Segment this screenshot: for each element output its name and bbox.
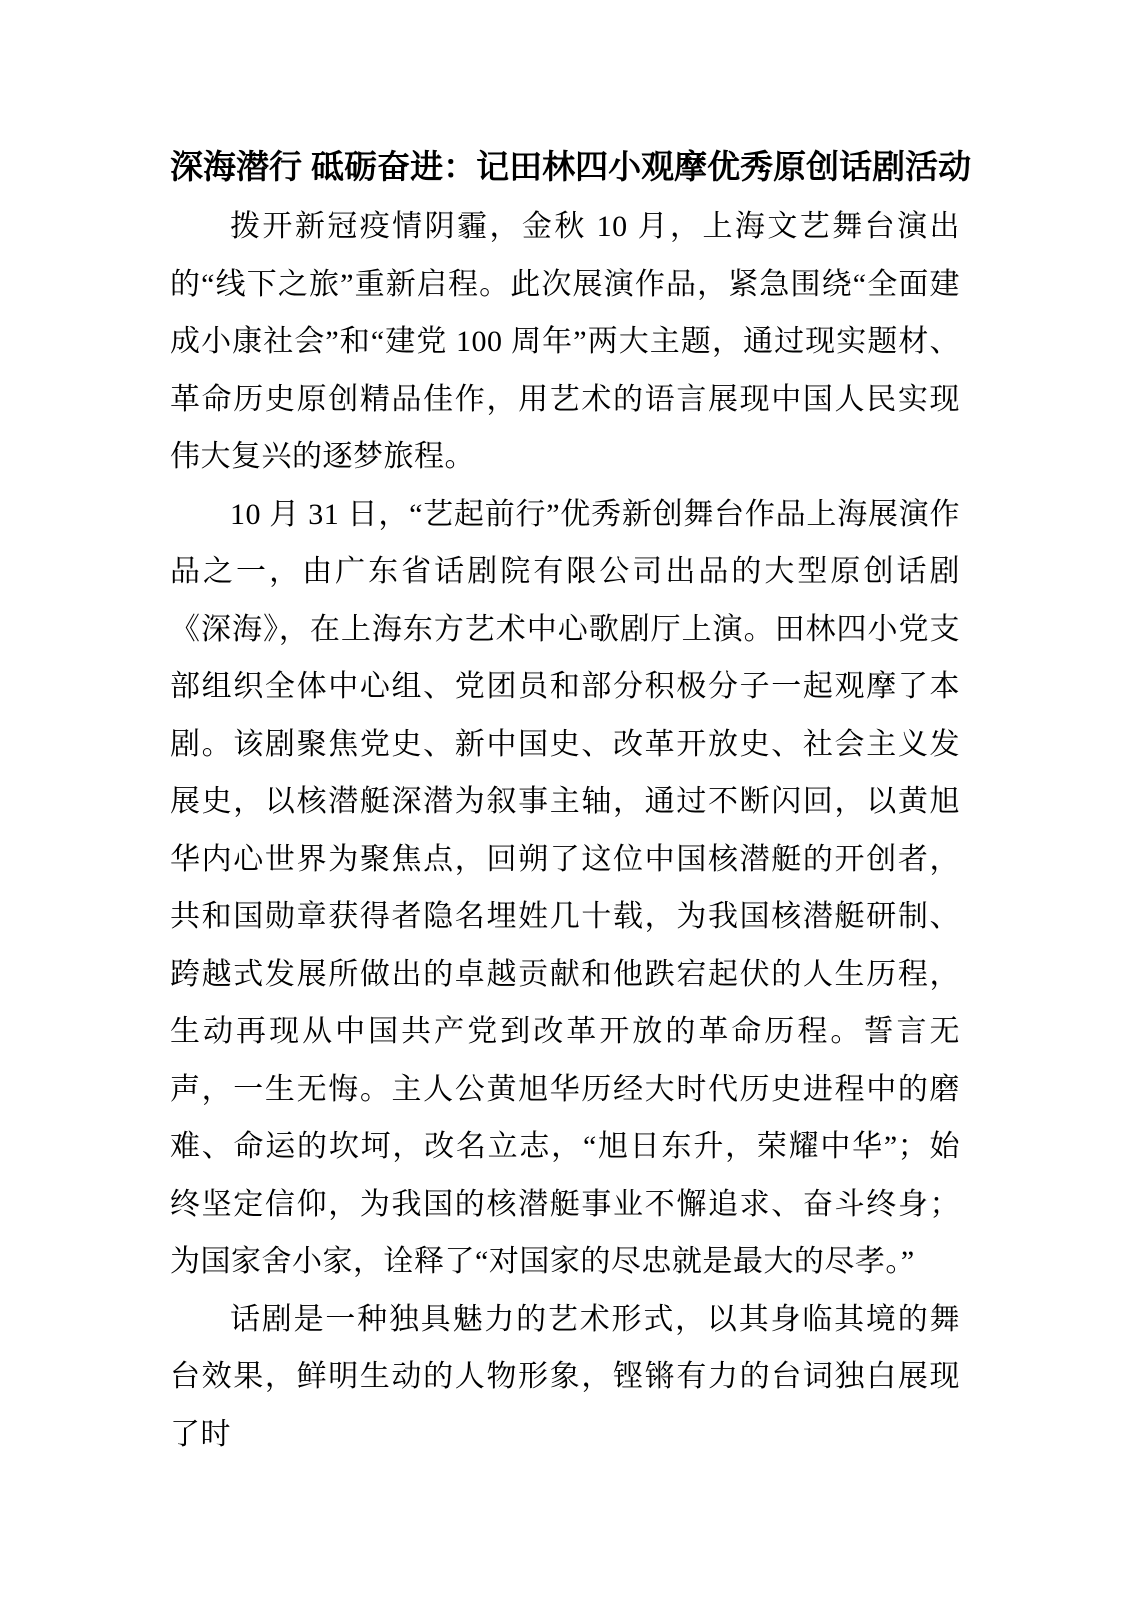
paragraph-performance-review: 10 月 31 日，“艺起前行”优秀新创舞台作品上海展演作品之一，由广东省话剧院…: [170, 486, 960, 1291]
document-content: 深海潜行 砥砺奋进：记田林四小观摩优秀原创话剧活动 拨开新冠疫情阴霾，金秋 10…: [170, 138, 960, 1463]
document-page: 深海潜行 砥砺奋进：记田林四小观摩优秀原创话剧活动 拨开新冠疫情阴霾，金秋 10…: [0, 0, 1131, 1600]
document-title: 深海潜行 砥砺奋进：记田林四小观摩优秀原创话剧活动: [170, 138, 960, 196]
paragraph-intro: 拨开新冠疫情阴霾，金秋 10 月，上海文艺舞台演出的“线下之旅”重新启程。此次展…: [170, 198, 960, 486]
paragraph-drama-artform: 话剧是一种独具魅力的艺术形式，以其身临其境的舞台效果，鲜明生动的人物形象，铿锵有…: [170, 1291, 960, 1464]
